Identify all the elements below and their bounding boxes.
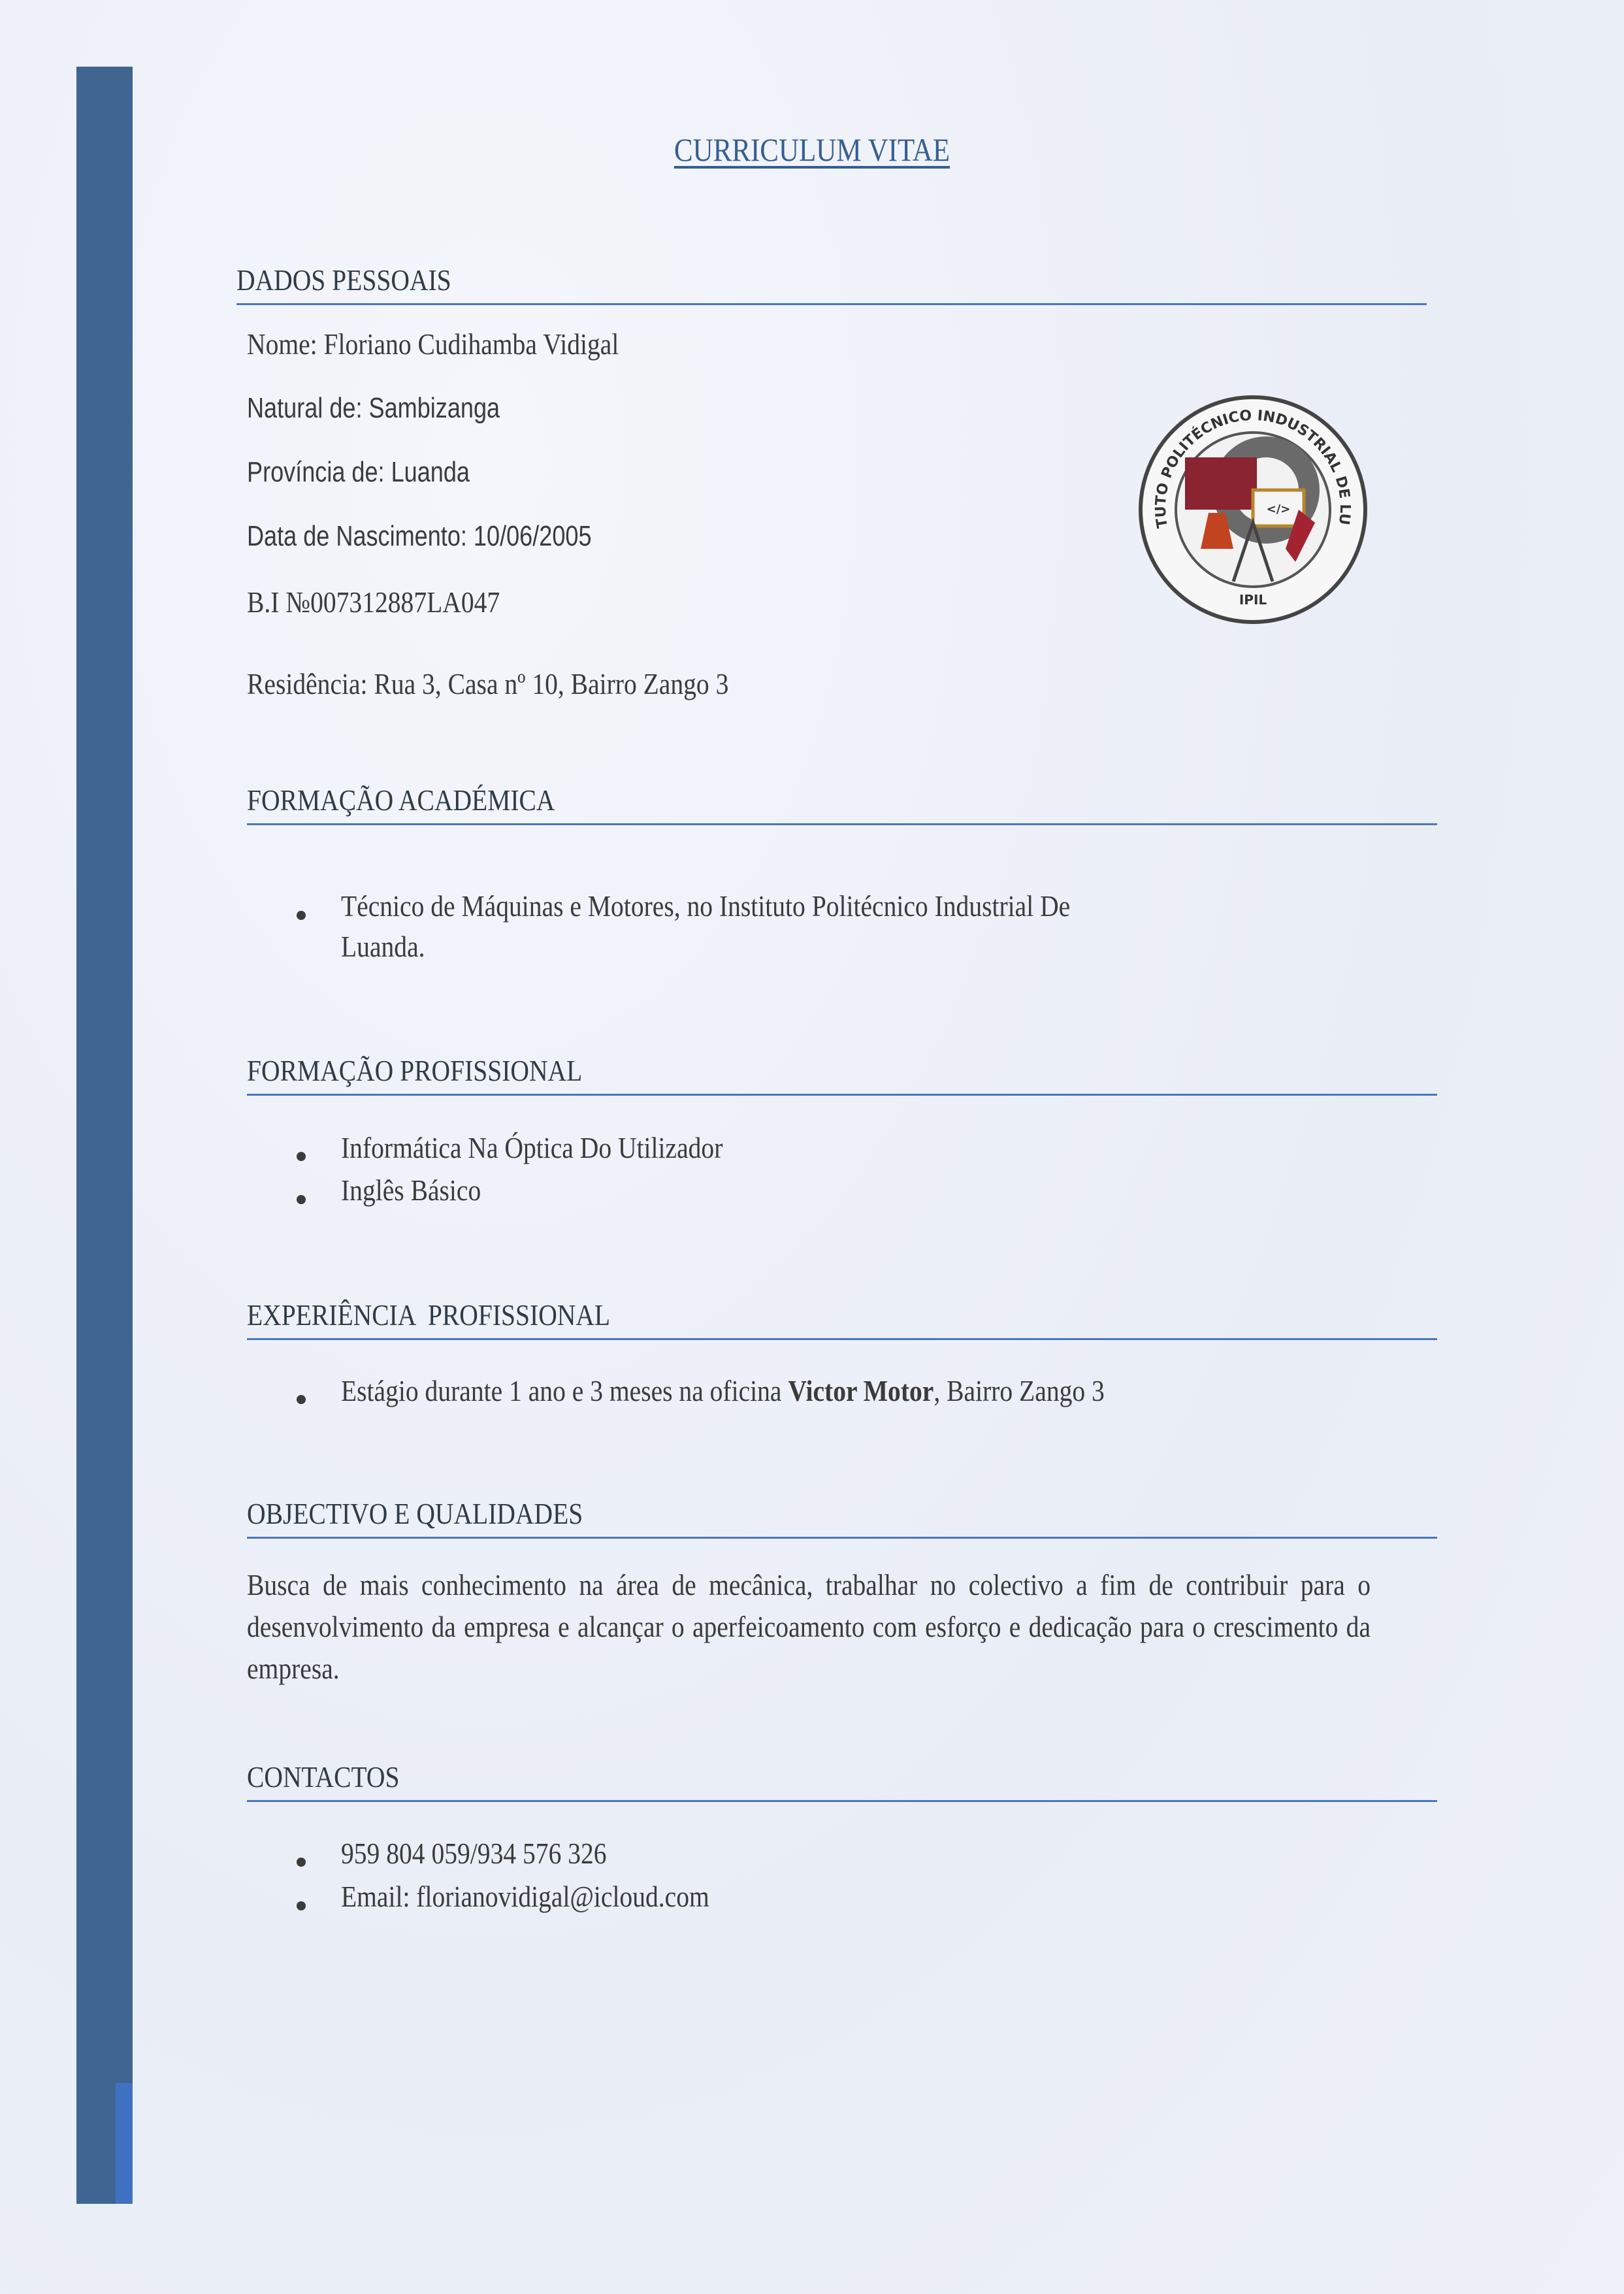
decorative-side-bar [76,67,133,2204]
experience-item: Estágio durante 1 ano e 3 meses na ofici… [341,1373,1105,1408]
bullet-icon [297,1858,306,1867]
svg-text:IPIL: IPIL [1239,592,1267,608]
training-item: Inglês Básico [341,1173,481,1207]
contact-phone: 959 804 059/934 576 326 [341,1836,607,1871]
personal-birthplace: Natural de: Sambizanga [247,392,500,425]
section-rule [247,1800,1437,1802]
section-heading-personal: DADOS PESSOAIS [236,263,451,297]
academic-item-line1: Técnico de Máquinas e Motores, no Instit… [341,889,1070,923]
training-item: Informática Na Óptica Do Utilizador [341,1130,723,1165]
section-heading-academic: FORMAÇÃO ACADÉMICA [247,783,555,817]
section-heading-objective: OBJECTIVO E QUALIDADES [247,1496,583,1531]
side-bar-accent [116,2083,133,2204]
personal-birth-date: Data de Nascimento: 10/06/2005 [247,520,592,553]
ipil-school-seal-logo: </> INSTITUTO POLITÉCNICO INDUSTRIAL DE … [1135,392,1371,627]
personal-name: Nome: Floriano Cudihamba Vidigal [247,327,619,361]
personal-residence: Residência: Rua 3, Casa nº 10, Bairro Za… [247,666,728,701]
bullet-icon [297,1395,306,1404]
experience-workshop-name: Victor Motor [788,1374,934,1407]
objective-paragraph: Busca de mais conhecimento na área de me… [247,1564,1371,1690]
section-rule [247,1338,1437,1340]
section-heading-training: FORMAÇÃO PROFISSIONAL [247,1053,582,1088]
svg-text:</>: </> [1267,502,1291,516]
bullet-icon [297,1195,306,1204]
brick-wall-icon [1185,457,1257,510]
section-heading-experience: EXPERIÊNCIA PROFISSIONAL [247,1298,610,1332]
personal-id-number: B.I №007312887LA047 [247,585,500,619]
experience-item-location: , Bairro Zango 3 [934,1374,1104,1407]
bullet-icon [297,1152,306,1161]
section-rule [247,1094,1437,1096]
section-rule [247,823,1437,825]
section-rule [247,1537,1437,1539]
section-rule [236,303,1427,305]
section-heading-contacts: CONTACTOS [247,1760,400,1794]
bullet-icon [297,1901,306,1910]
academic-item-line2: Luanda. [341,929,425,964]
document-title: CURRICULUM VITAE [114,131,1510,169]
experience-item-text: Estágio durante 1 ano e 3 meses na ofici… [341,1374,788,1407]
bullet-icon [297,911,306,920]
personal-province: Província de: Luanda [247,456,470,489]
contact-email: Email: florianovidigal@icloud.com [341,1879,709,1914]
